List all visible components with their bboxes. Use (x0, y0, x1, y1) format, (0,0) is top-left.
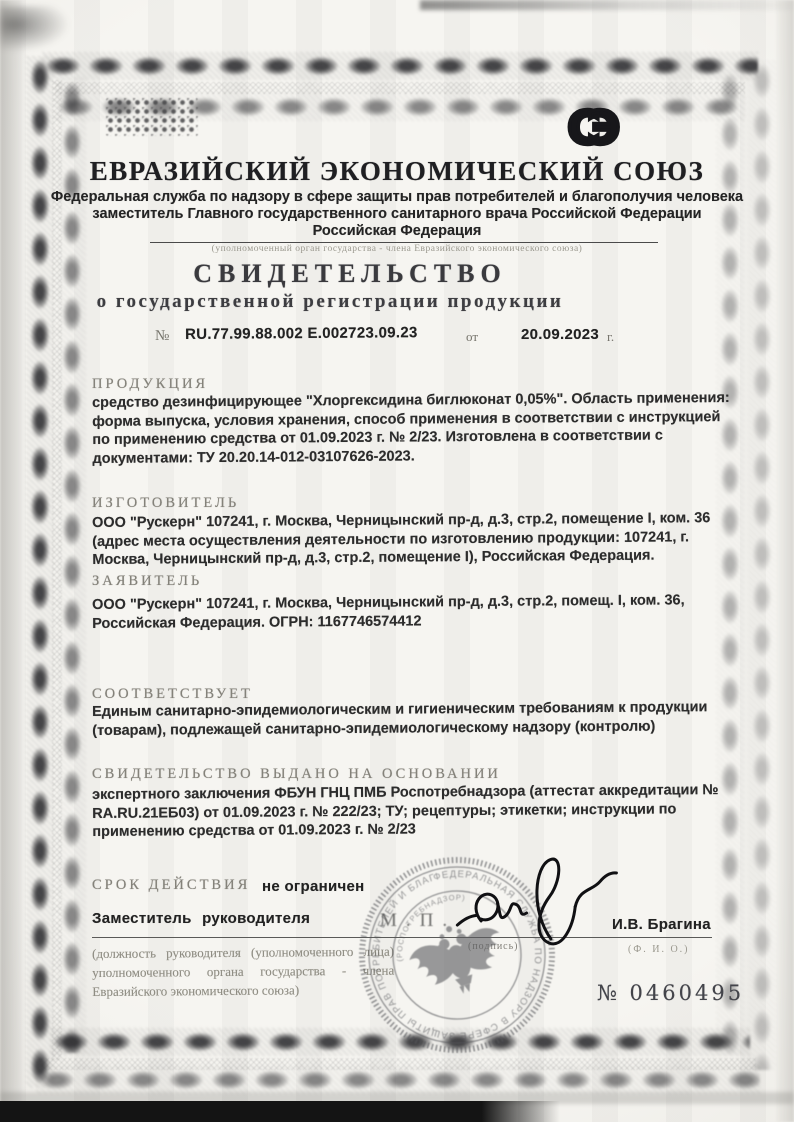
se-registration-logo-icon: СЭ (565, 98, 643, 163)
document-subtitle: о государственной регистрации продукции (40, 291, 620, 313)
scan-edge-left (0, 0, 22, 1122)
border-hatch-top (55, 82, 745, 94)
validity-value: не ограничен (262, 878, 364, 895)
border-band-top-outer (42, 52, 758, 80)
se-logo-svg: СЭ (565, 98, 643, 158)
authority-line-2: заместитель Главного государственного са… (30, 206, 764, 222)
compliance-text: Единым санитарно-эпидемиологическим и ги… (92, 698, 727, 740)
authority-underline (150, 242, 658, 243)
section-heading-manufacturer: ИЗГОТОВИТЕЛЬ (92, 495, 239, 512)
basis-text: экспертного заключения ФБУН ГНЦ ПМБ Росп… (92, 781, 732, 842)
signature-svg (445, 839, 630, 974)
authority-line-3: Российская Федерация (30, 223, 764, 239)
security-pattern-block (106, 98, 198, 136)
certificate-page: СЭ ЕВРАЗИЙСКИЙ ЭКОНОМИЧЕСКИЙ СОЮЗ Федера… (0, 0, 794, 1122)
section-heading-compliance: СООТВЕТСТВУЕТ (92, 686, 253, 703)
scan-edge-bottom-bar (0, 1101, 560, 1122)
border-band-bottom-outer (36, 1066, 760, 1094)
section-heading-basis: СВИДЕТЕЛЬСТВО ВЫДАНО НА ОСНОВАНИИ (92, 766, 501, 783)
scan-edge-right (776, 0, 794, 1122)
applicant-text: ООО "Рускерн" 107241, г. Москва, Черницы… (92, 591, 717, 633)
certificate-date: 20.09.2023 (521, 326, 599, 343)
scan-edge-smudge (420, 0, 794, 10)
number-sign: № (155, 328, 169, 345)
manufacturer-text: ООО "Рускерн" 107241, г. Москва, Черницы… (92, 509, 732, 570)
name-caption: (Ф. И. О.) (628, 944, 690, 955)
union-title: ЕВРАЗИЙСКИЙ ЭКОНОМИЧЕСКИЙ СОЮЗ (30, 156, 764, 187)
position-caption: (должность руководителя (уполномоченного… (92, 942, 394, 1001)
section-heading-product: ПРОДУКЦИЯ (92, 376, 208, 393)
authority-line-1: Федеральная служба по надзору в сфере за… (30, 189, 764, 205)
authority-caption: (уполномоченный орган государства - член… (30, 244, 764, 254)
document-title: СВИДЕТЕЛЬСТВО (60, 259, 640, 289)
signer-position: Заместитель руководителя (92, 910, 310, 927)
certificate-number: RU.77.99.88.002 Е.002723.09.23 (185, 324, 418, 343)
handwritten-signature (445, 839, 630, 974)
section-heading-applicant: ЗАЯВИТЕЛЬ (92, 573, 202, 590)
from-label: от (466, 329, 478, 345)
se-logo-text: СЭ (567, 101, 619, 155)
blank-form-number: № 0460495 (597, 981, 744, 1005)
year-suffix: г. (607, 329, 614, 345)
border-hatch-bottom (40, 1058, 756, 1070)
product-text: средство дезинфицирующее "Хлоргексидина … (92, 389, 733, 468)
section-heading-validity: СРОК ДЕЙСТВИЯ (92, 877, 250, 894)
